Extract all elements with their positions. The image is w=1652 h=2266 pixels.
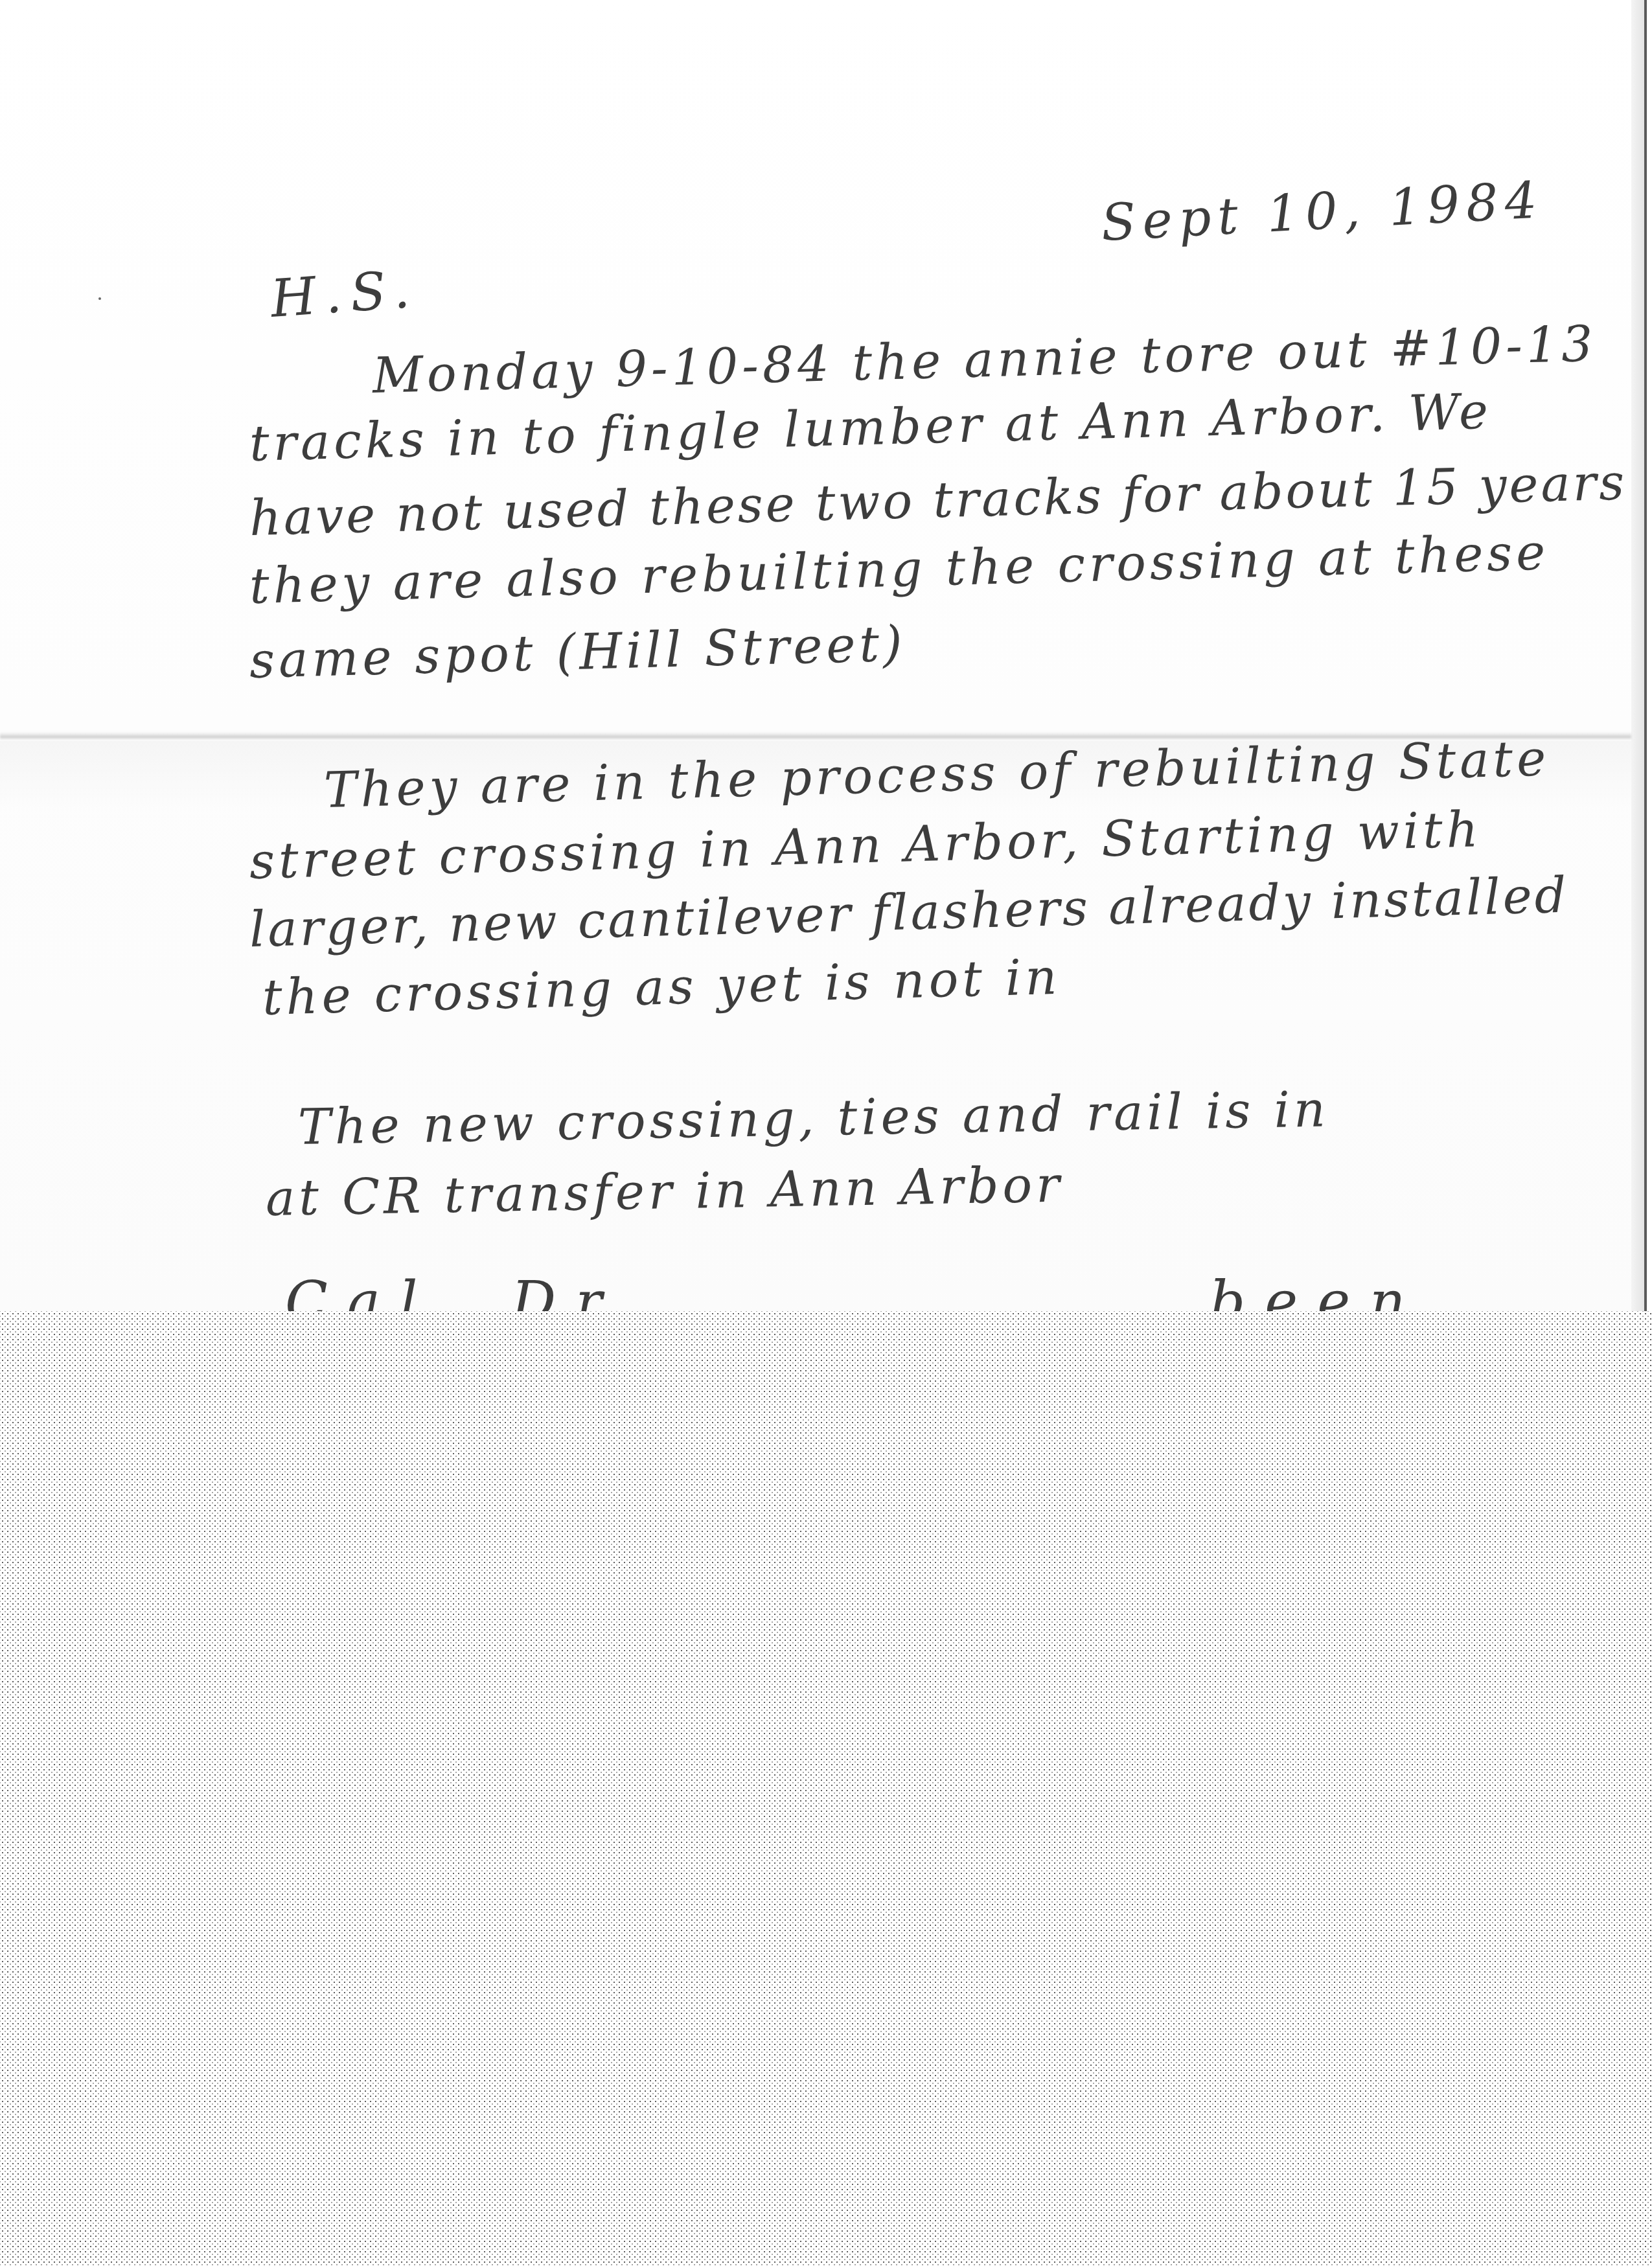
scanned-letter-page: Sept 10, 1984 H.S. Monday 9-10-84 the an… (0, 0, 1652, 2266)
ink-speck (98, 297, 101, 300)
letter-salutation: H.S. (269, 258, 421, 329)
masked-area (0, 1311, 1652, 2266)
paper-right-edge-shade (1631, 0, 1644, 1315)
scanner-margin (1647, 0, 1652, 1315)
partially-hidden-line: Cal. Dr... ... ... ... been (285, 1270, 1425, 1314)
